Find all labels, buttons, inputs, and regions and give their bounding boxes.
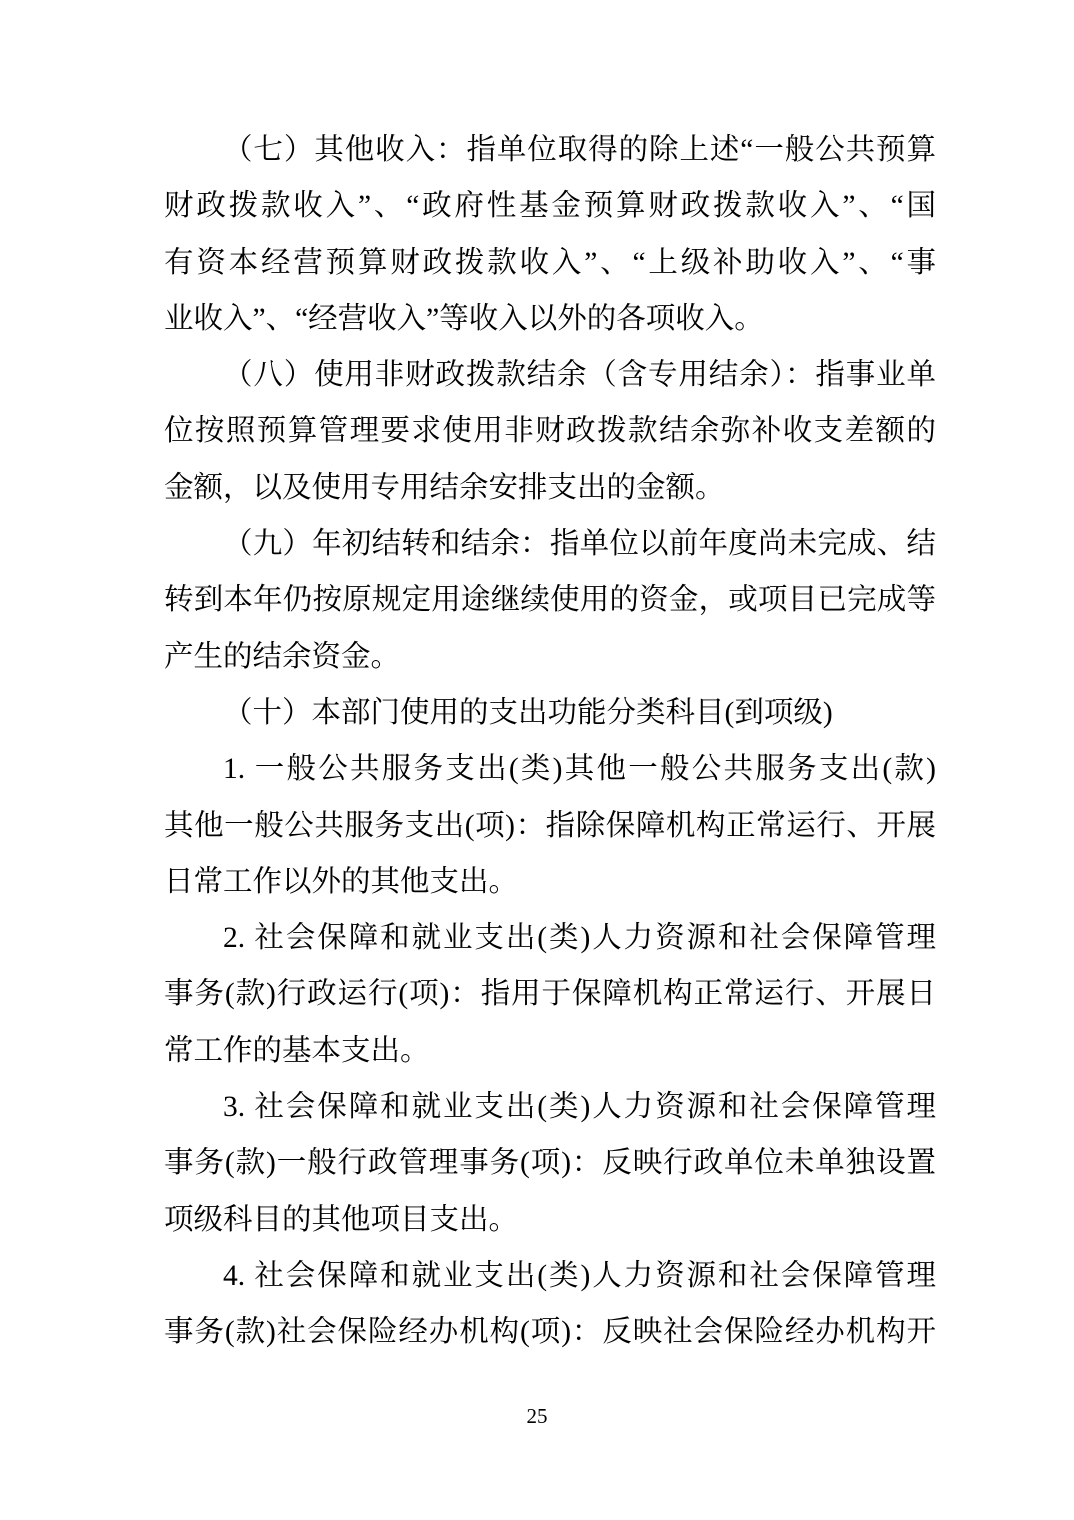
text-line: 3. 社会保障和就业支出(类)人力资源和社会保障管理 [164,1079,936,1135]
text-line: 事务(款)一般行政管理事务(项)：反映行政单位未单独设置 [164,1135,936,1191]
paragraph-item-2: 2. 社会保障和就业支出(类)人力资源和社会保障管理 事务(款)行政运行(项)：… [164,910,936,1079]
text-line: 项级科目的其他项目支出。 [164,1192,936,1248]
text-line: 其他一般公共服务支出(项)：指除保障机构正常运行、开展 [164,798,936,854]
text-line: （八）使用非财政拨款结余（含专用结余）：指事业单 [164,347,936,403]
text-line: 业收入”、“经营收入”等收入以外的各项收入。 [164,291,936,347]
paragraph-item-4: 4. 社会保障和就业支出(类)人力资源和社会保障管理 事务(款)社会保险经办机构… [164,1248,936,1361]
paragraph-other-income: （七）其他收入：指单位取得的除上述“一般公共预算 财政拨款收入”、“政府性基金预… [164,122,936,347]
document-page: （七）其他收入：指单位取得的除上述“一般公共预算 财政拨款收入”、“政府性基金预… [0,0,1074,1520]
text-line: 转到本年仍按原规定用途继续使用的资金，或项目已完成等 [164,572,936,628]
paragraph-non-fiscal-surplus: （八）使用非财政拨款结余（含专用结余）：指事业单 位按照预算管理要求使用非财政拨… [164,347,936,516]
text-line: （九）年初结转和结余：指单位以前年度尚未完成、结 [164,516,936,572]
text-line: 事务(款)行政运行(项)：指用于保障机构正常运行、开展日 [164,966,936,1022]
text-line: 常工作的基本支出。 [164,1023,936,1079]
text-line: 1. 一般公共服务支出(类)其他一般公共服务支出(款) [164,741,936,797]
text-line: （七）其他收入：指单位取得的除上述“一般公共预算 [164,122,936,178]
document-body: （七）其他收入：指单位取得的除上述“一般公共预算 财政拨款收入”、“政府性基金预… [164,122,936,1361]
text-line: （十）本部门使用的支出功能分类科目(到项级) [164,685,936,741]
text-line: 日常工作以外的其他支出。 [164,854,936,910]
text-line: 4. 社会保障和就业支出(类)人力资源和社会保障管理 [164,1248,936,1304]
paragraph-item-3: 3. 社会保障和就业支出(类)人力资源和社会保障管理 事务(款)一般行政管理事务… [164,1079,936,1248]
text-line: 位按照预算管理要求使用非财政拨款结余弥补收支差额的 [164,403,936,459]
text-line: 财政拨款收入”、“政府性基金预算财政拨款收入”、“国 [164,178,936,234]
paragraph-expenditure-categories-heading: （十）本部门使用的支出功能分类科目(到项级) [164,685,936,741]
text-line: 事务(款)社会保险经办机构(项)：反映社会保险经办机构开 [164,1304,936,1360]
paragraph-carryover: （九）年初结转和结余：指单位以前年度尚未完成、结 转到本年仍按原规定用途继续使用… [164,516,936,685]
text-line: 2. 社会保障和就业支出(类)人力资源和社会保障管理 [164,910,936,966]
text-line: 金额，以及使用专用结余安排支出的金额。 [164,460,936,516]
page-number: 25 [527,1404,548,1428]
text-line: 产生的结余资金。 [164,629,936,685]
text-line: 有资本经营预算财政拨款收入”、“上级补助收入”、“事 [164,235,936,291]
paragraph-item-1: 1. 一般公共服务支出(类)其他一般公共服务支出(款) 其他一般公共服务支出(项… [164,741,936,910]
page-footer: 25 [0,1404,1074,1428]
